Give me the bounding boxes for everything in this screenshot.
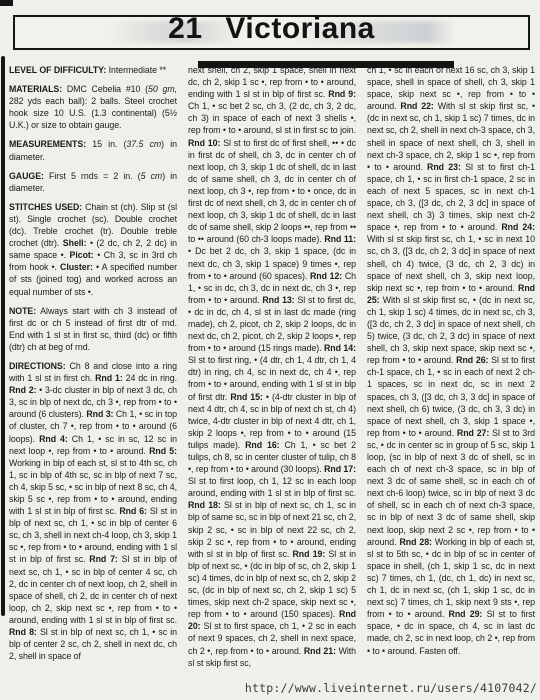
watermark-url: http://www.liveinternet.ru/users/4107042… [245,681,537,695]
column-left: LEVEL OF DIFFICULTY: Intermediate **MATE… [9,64,177,676]
page-title: 21 Victoriana [15,12,528,46]
column-right: ch 1, • sc in each of next 16 sc, ch 3, … [367,64,535,676]
title-box: 21 Victoriana [13,15,530,50]
directions-part-1: DIRECTIONS: Ch 8 and close into a ring w… [9,360,177,662]
scan-corner-artifact [0,0,13,6]
scan-edge-artifact [1,56,5,616]
stitches-used: STITCHES USED: Chain st (ch). Slip st (s… [9,201,177,298]
directions-part-2: next shell, ch 2, skip 1 space, shell in… [188,64,356,669]
pattern-text-columns: LEVEL OF DIFFICULTY: Intermediate **MATE… [9,64,536,676]
gauge: GAUGE: First 5 rnds = 2 in. (5 cm) in di… [9,170,177,194]
column-middle: next shell, ch 2, skip 1 space, shell in… [188,64,356,676]
measurements: MEASUREMENTS: 15 in. (37.5 cm) in diamet… [9,138,177,162]
directions-part-3: ch 1, • sc in each of next 16 sc, ch 3, … [367,64,535,657]
level-of-difficulty: LEVEL OF DIFFICULTY: Intermediate ** [9,64,177,76]
materials: MATERIALS: DMC Cebelia #10 (50 gm, 282 y… [9,83,177,131]
note: NOTE: Always start with ch 3 instead of … [9,305,177,353]
